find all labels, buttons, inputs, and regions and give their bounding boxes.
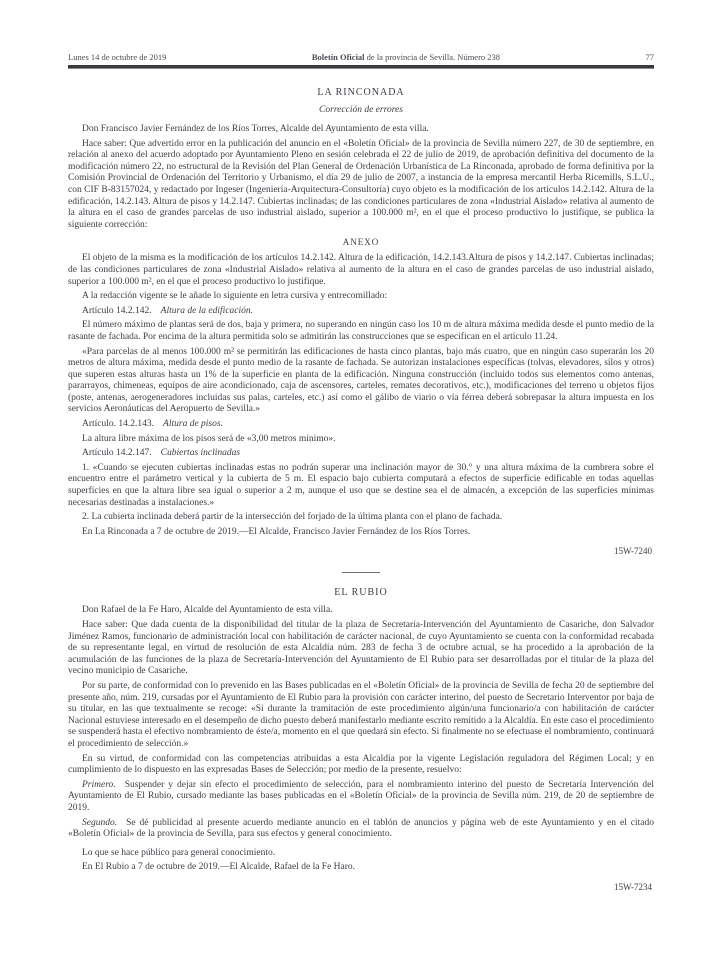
gazette-page: Lunes 14 de octubre de 2019 Boletín Ofic… bbox=[0, 0, 720, 960]
header-page-number: 77 bbox=[646, 52, 655, 62]
section-subtitle: Corrección de errores bbox=[68, 105, 654, 115]
paragraph: Hace saber: Que advertido error en la pu… bbox=[68, 139, 654, 232]
section-la-rinconada: LA RINCONADA Corrección de errores Don F… bbox=[68, 87, 654, 556]
paragraph: A la redacción vigente se le añade lo si… bbox=[68, 291, 654, 303]
reference-code: 15W-7234 bbox=[68, 882, 652, 892]
closing-line: En La Rinconada a 7 de octubre de 2019.—… bbox=[68, 527, 654, 539]
header-publication-name: Boletín Oficial bbox=[312, 52, 365, 62]
paragraph: 2. La cubierta inclinada deberá partir d… bbox=[68, 512, 654, 524]
paragraph: «Para parcelas de al menos 100.000 m² se… bbox=[68, 347, 654, 417]
article-heading: Artículo. 14.2.143.Altura de pisos. bbox=[68, 419, 654, 431]
anexo-heading: ANEXO bbox=[68, 237, 654, 247]
running-head: Lunes 14 de octubre de 2019 Boletín Ofic… bbox=[68, 52, 654, 62]
municipality-title: EL RUBIO bbox=[68, 587, 654, 598]
paragraph: En su virtud, de conformidad con las com… bbox=[68, 754, 654, 777]
article-heading: Artículo 14.2.147.Cubiertas inclinadas bbox=[68, 448, 654, 460]
paragraph: El objeto de la misma es la modificación… bbox=[68, 253, 654, 288]
intro-paragraph: Don Rafael de la Fe Haro, Alcalde del Ay… bbox=[68, 605, 654, 617]
resolution-item-segundo: Segundo.Se dé publicidad al presente acu… bbox=[68, 818, 654, 841]
resolution-text: Suspender y dejar sin efecto el procedim… bbox=[68, 780, 654, 813]
article-title: Altura de pisos. bbox=[163, 419, 223, 429]
article-label: Artículo 14.2.147. bbox=[82, 448, 152, 458]
section-el-rubio: EL RUBIO Don Rafael de la Fe Haro, Alcal… bbox=[68, 587, 654, 891]
header-publication: Boletín Oficial de la provincia de Sevil… bbox=[312, 52, 500, 62]
section-divider bbox=[342, 572, 380, 573]
paragraph: 1. «Cuando se ejecuten cubiertas inclina… bbox=[68, 463, 654, 509]
municipality-title: LA RINCONADA bbox=[68, 87, 654, 98]
article-heading: Artículo 14.2.142.Altura de la edificaci… bbox=[68, 306, 654, 318]
reference-code: 15W-7240 bbox=[68, 546, 652, 556]
resolution-text: Se dé publicidad al presente acuerdo med… bbox=[68, 818, 654, 840]
resolution-label: Segundo. bbox=[82, 818, 117, 828]
article-title: Cubiertas inclinadas bbox=[161, 448, 240, 458]
paragraph: El número máximo de plantas será de dos,… bbox=[68, 320, 654, 343]
article-label: Artículo 14.2.142. bbox=[82, 306, 152, 316]
header-date: Lunes 14 de octubre de 2019 bbox=[68, 52, 166, 62]
paragraph: Hace saber: Que dada cuenta de la dispon… bbox=[68, 620, 654, 678]
paragraph: La altura libre máxima de los pisos será… bbox=[68, 434, 654, 446]
resolution-item-primero: Primero.Suspender y dejar sin efecto el … bbox=[68, 780, 654, 815]
paragraph: Lo que se hace público para general cono… bbox=[68, 848, 654, 860]
resolution-label: Primero. bbox=[82, 780, 116, 790]
paragraph: Por su parte, de conformidad con lo prev… bbox=[68, 681, 654, 751]
header-publication-rest: de la provincia de Sevilla. Número 238 bbox=[365, 52, 501, 62]
article-title: Altura de la edificación. bbox=[161, 306, 253, 316]
intro-paragraph: Don Francisco Javier Fernández de los Rí… bbox=[68, 124, 654, 136]
header-rule bbox=[68, 65, 654, 69]
closing-line: En El Rubio a 7 de octubre de 2019.—El A… bbox=[68, 862, 654, 874]
article-label: Artículo. 14.2.143. bbox=[82, 419, 154, 429]
